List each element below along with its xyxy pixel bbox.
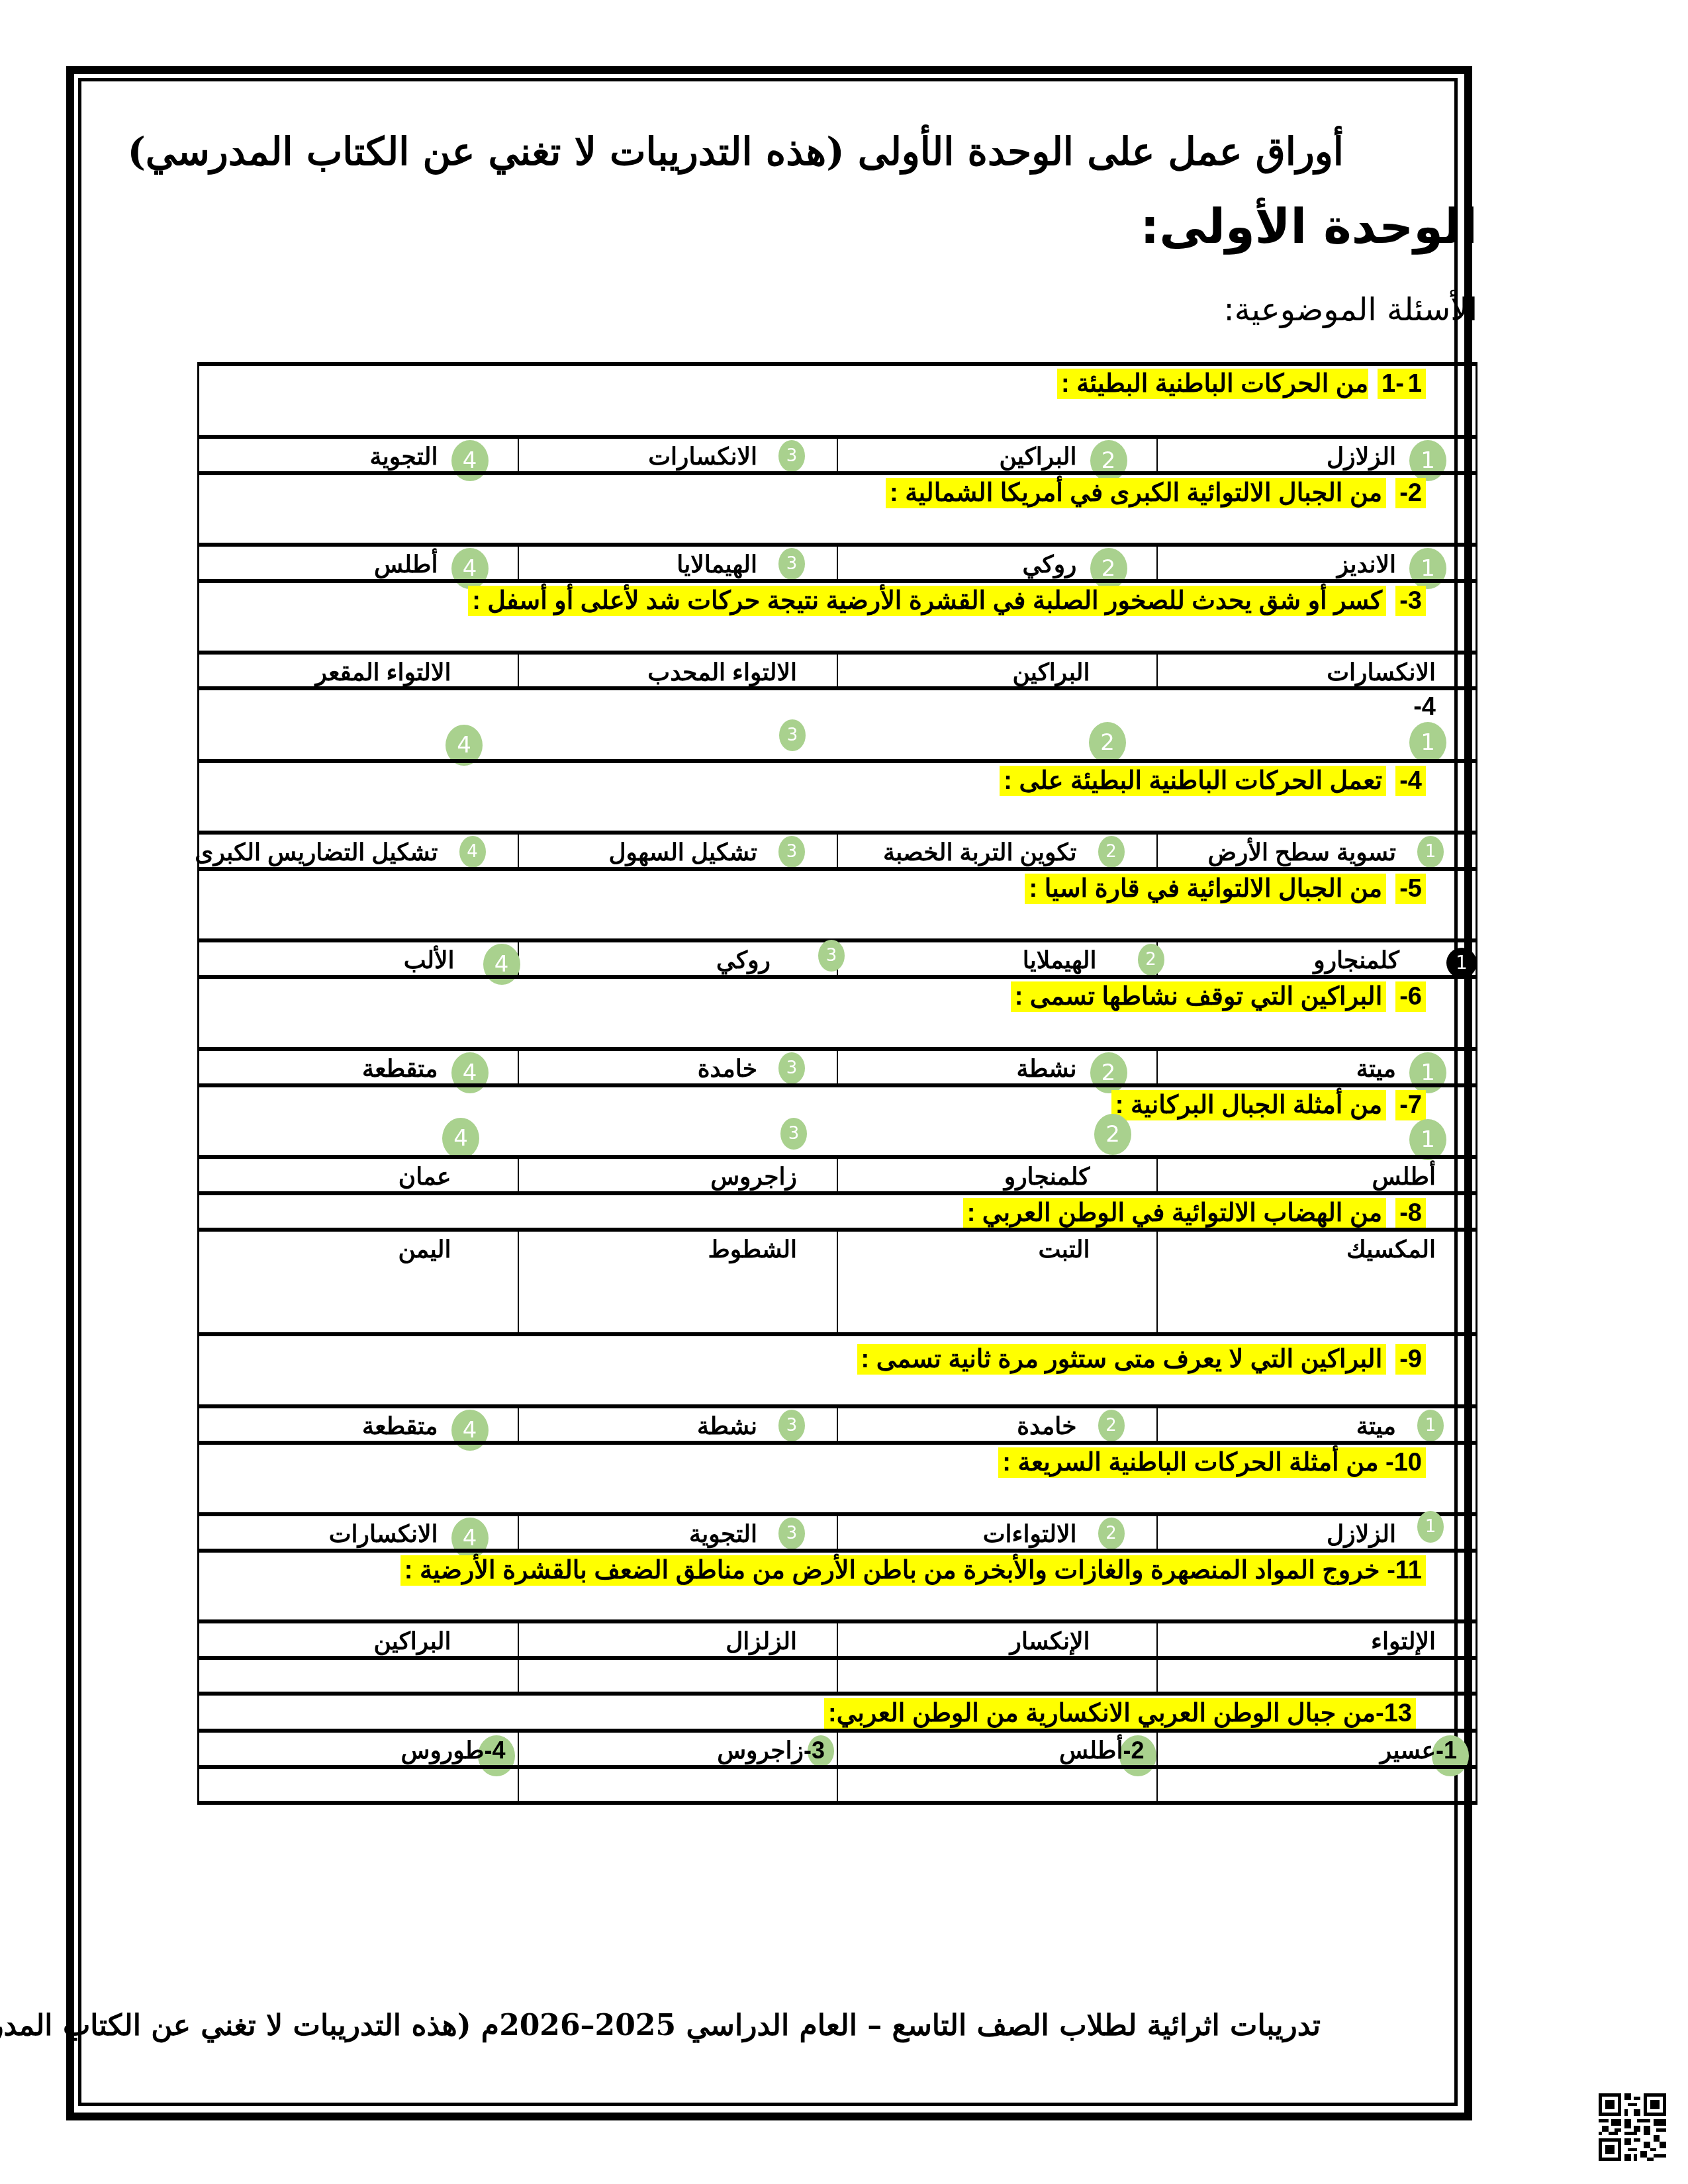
option-4[interactable]: 4-طوروس bbox=[199, 1733, 518, 1765]
option-3[interactable]: زاجروس bbox=[518, 1159, 837, 1191]
options-row-5: 1كلمنجارو 2الهيملايا 3روكي 4الألب bbox=[199, 938, 1476, 975]
question-row-9: 9-البراكين التي لا يعرف متى ستثور مرة ثا… bbox=[199, 1332, 1476, 1404]
number-badge-icon: 3 bbox=[778, 836, 805, 868]
option-3[interactable]: 3الهيمالايا bbox=[518, 547, 837, 579]
stray-number-row: 4- 1 2 3 4 bbox=[199, 686, 1476, 759]
option-1[interactable]: 1-عسير bbox=[1156, 1733, 1476, 1765]
question-text: 13-من جبال الوطن العربي الانكسارية من ال… bbox=[824, 1698, 1416, 1729]
option-2[interactable]: 2الالتواءات bbox=[837, 1516, 1156, 1549]
answer-cell[interactable] bbox=[1156, 1660, 1476, 1692]
number-badge-icon: 3 bbox=[778, 548, 805, 580]
option-1[interactable]: 1ميتة bbox=[1156, 1408, 1476, 1441]
question-text: كسر أو شق يحدث للصخور الصلبة في القشرة ا… bbox=[468, 586, 1386, 616]
options-row-11: الإلتواء الإنكسار الزلزال البراكين bbox=[199, 1619, 1476, 1656]
number-badge-icon: 4 bbox=[459, 836, 486, 868]
options-row-10: 1الزلازل 2الالتواءات 3التجوية 4الانكسارا… bbox=[199, 1512, 1476, 1549]
option-4[interactable]: الالتواء المقعر bbox=[199, 655, 518, 686]
question-row-10: 10- من أمثلة الحركات الباطنية السريعة : bbox=[199, 1441, 1476, 1512]
option-4[interactable]: 4الألب bbox=[199, 942, 518, 975]
option-3[interactable]: 3تشكيل السهول bbox=[518, 835, 837, 867]
number-badge-icon: 3 bbox=[818, 940, 845, 972]
option-4[interactable]: 4تشكيل التضاريس الكبرى bbox=[199, 835, 518, 867]
option-4[interactable]: البراكين bbox=[199, 1623, 518, 1656]
number-badge-icon: 1 bbox=[1409, 1119, 1446, 1160]
question-number: 1- bbox=[1378, 369, 1408, 399]
question-number: 7- bbox=[1395, 1090, 1426, 1120]
question-text: من الهضاب الالتوائية في الوطن العربي : bbox=[963, 1198, 1387, 1228]
question-number: 6- bbox=[1395, 981, 1426, 1012]
option-1[interactable]: الإلتواء bbox=[1156, 1623, 1476, 1656]
option-2[interactable]: كلمنجارو bbox=[837, 1159, 1156, 1191]
option-1[interactable]: 1الزلازل bbox=[1156, 1516, 1476, 1549]
answer-cell[interactable] bbox=[837, 1769, 1156, 1801]
option-2[interactable]: 2-أطلس bbox=[837, 1733, 1156, 1765]
number-badge-icon: 3 bbox=[780, 1118, 807, 1150]
answer-row-13 bbox=[199, 1765, 1476, 1805]
options-row-1: 1الزلازل 2البراكين 3الانكسارات 4التجوية bbox=[199, 435, 1476, 471]
option-2[interactable]: 2روكي bbox=[837, 547, 1156, 579]
question-number: 9- bbox=[1395, 1344, 1426, 1375]
number-badge-icon: 3 bbox=[778, 1410, 805, 1441]
number-badge-icon: 3 bbox=[778, 440, 805, 472]
question-text: 1من الحركات الباطنية البطيئة : bbox=[1057, 369, 1426, 399]
question-row-2: 2-من الجبال الالتوائية الكبرى في أمريكا … bbox=[199, 471, 1476, 543]
option-4[interactable]: 4متقطعة bbox=[199, 1408, 518, 1441]
question-number: 4- bbox=[1413, 693, 1436, 721]
option-1[interactable]: 1ميتة bbox=[1156, 1051, 1476, 1083]
number-badge-icon: 3 bbox=[778, 1052, 805, 1084]
number-badge-icon: 1 bbox=[1417, 836, 1444, 868]
footer-note: تدريبات اثرائية لطلاب الصف التاسع – العا… bbox=[0, 2009, 1321, 2042]
question-text: تعمل الحركات الباطنية البطيئة على : bbox=[1000, 766, 1386, 796]
question-text: البراكين التي توقف نشاطها تسمى : bbox=[1011, 981, 1387, 1012]
option-3[interactable]: 3نشطة bbox=[518, 1408, 837, 1441]
option-3[interactable]: الزلزال bbox=[518, 1623, 837, 1656]
number-badge-icon: 1 bbox=[1409, 722, 1446, 763]
question-row-11: 11- خروج المواد المنصهرة والغازات والأبخ… bbox=[199, 1549, 1476, 1619]
options-row-6: 1ميتة 2نشطة 3خامدة 4متقطعة bbox=[199, 1047, 1476, 1083]
question-text: من الجبال الالتوائية الكبرى في أمريكا ال… bbox=[886, 478, 1386, 508]
question-row-7: 7-من أمثلة الجبال البركانية : 1 2 3 4 bbox=[199, 1083, 1476, 1155]
options-row-4: 1تسوية سطح الأرض 2تكوين التربة الخصبة 3ت… bbox=[199, 831, 1476, 867]
options-row-9: 1ميتة 2خامدة 3نشطة 4متقطعة bbox=[199, 1404, 1476, 1441]
question-text: البراكين التي لا يعرف متى ستثور مرة ثاني… bbox=[857, 1344, 1387, 1375]
question-number: 8- bbox=[1395, 1198, 1426, 1228]
number-badge-icon: 1 bbox=[1417, 1511, 1444, 1543]
option-4[interactable]: عمان bbox=[199, 1159, 518, 1191]
question-row-1: 1-1من الحركات الباطنية البطيئة : bbox=[199, 362, 1476, 435]
option-1-selected[interactable]: 1كلمنجارو bbox=[1156, 942, 1476, 975]
questions-table: 1-1من الحركات الباطنية البطيئة : 1الزلاز… bbox=[197, 362, 1477, 1805]
number-badge-icon: 2 bbox=[1138, 944, 1164, 976]
question-row-3: 3-كسر أو شق يحدث للصخور الصلبة في القشرة… bbox=[199, 579, 1476, 651]
option-4[interactable]: 4الانكسارات bbox=[199, 1516, 518, 1549]
question-text: من أمثلة الجبال البركانية : bbox=[1111, 1090, 1386, 1120]
option-2[interactable]: الإنكسار bbox=[837, 1623, 1156, 1656]
number-badge-icon: 2 bbox=[1098, 1518, 1125, 1549]
question-row-13: 13-من جبال الوطن العربي الانكسارية من ال… bbox=[199, 1692, 1476, 1729]
number-badge-icon: 2 bbox=[1098, 1410, 1125, 1441]
question-number: 11- bbox=[1387, 1557, 1422, 1584]
option-1[interactable]: 1تسوية سطح الأرض bbox=[1156, 835, 1476, 867]
number-badge-icon: 1 bbox=[1417, 1410, 1444, 1441]
option-4[interactable]: 4أطلس bbox=[199, 547, 518, 579]
qr-code-icon bbox=[1599, 2093, 1666, 2161]
option-2[interactable]: التبت bbox=[837, 1232, 1156, 1332]
option-1[interactable]: الانكسارات bbox=[1156, 655, 1476, 686]
answer-cell[interactable] bbox=[1156, 1769, 1476, 1801]
answer-cell[interactable] bbox=[199, 1769, 518, 1801]
option-2[interactable]: البراكين bbox=[837, 655, 1156, 686]
unit-heading: الوحدة الأولى: bbox=[1140, 199, 1477, 254]
option-2[interactable]: 2الهيملايا bbox=[837, 942, 1156, 975]
option-2[interactable]: 2خامدة bbox=[837, 1408, 1156, 1441]
options-row-13: 1-عسير 2-أطلس 3-زاجروس 4-طوروس bbox=[199, 1729, 1476, 1765]
option-1[interactable]: 1الزلازل bbox=[1156, 439, 1476, 471]
option-1[interactable]: المكسيك bbox=[1156, 1232, 1476, 1332]
worksheet-title: أوراق عمل على الوحدة الأولى (هذه التدريب… bbox=[127, 129, 1344, 174]
option-3[interactable]: 3روكي bbox=[518, 942, 837, 975]
option-1[interactable]: 1الانديز bbox=[1156, 547, 1476, 579]
question-row-8: 8-من الهضاب الالتوائية في الوطن العربي : bbox=[199, 1191, 1476, 1228]
question-number: 13- bbox=[1376, 1700, 1412, 1727]
number-badge-icon: 4 bbox=[442, 1118, 479, 1159]
options-row-7: أطلس كلمنجارو زاجروس عمان bbox=[199, 1155, 1476, 1191]
question-text: 11- خروج المواد المنصهرة والغازات والأبخ… bbox=[400, 1555, 1426, 1586]
answer-cell[interactable] bbox=[518, 1660, 837, 1692]
option-4[interactable]: 4متقطعة bbox=[199, 1051, 518, 1083]
question-text: 10- من أمثلة الحركات الباطنية السريعة : bbox=[998, 1447, 1426, 1478]
option-2[interactable]: 2نشطة bbox=[837, 1051, 1156, 1083]
option-4[interactable]: 4التجوية bbox=[199, 439, 518, 471]
option-3[interactable]: الشطوط bbox=[518, 1232, 837, 1332]
number-badge-icon: 2 bbox=[1089, 722, 1126, 763]
option-4[interactable]: اليمن bbox=[199, 1232, 518, 1332]
question-number: 3- bbox=[1395, 586, 1426, 616]
number-badge-icon: 2 bbox=[1094, 1114, 1131, 1155]
number-badge-icon: 3 bbox=[779, 719, 806, 751]
question-text: من الجبال الالتوائية في قارة اسيا : bbox=[1025, 874, 1386, 904]
section-heading: الأسئلة الموضوعية: bbox=[1224, 291, 1477, 328]
option-3[interactable]: 3-زاجروس bbox=[518, 1733, 837, 1765]
option-3[interactable]: 3الانكسارات bbox=[518, 439, 837, 471]
options-row-8: المكسيك التبت الشطوط اليمن bbox=[199, 1228, 1476, 1332]
question-row-4: 4-تعمل الحركات الباطنية البطيئة على : bbox=[199, 759, 1476, 831]
option-1[interactable]: أطلس bbox=[1156, 1159, 1476, 1191]
option-3[interactable]: 3خامدة bbox=[518, 1051, 837, 1083]
question-number: 2- bbox=[1395, 478, 1426, 508]
question-number: 5- bbox=[1395, 874, 1426, 904]
selected-number-badge-icon: 1 bbox=[1446, 948, 1477, 978]
question-row-6: 6-البراكين التي توقف نشاطها تسمى : bbox=[199, 975, 1476, 1047]
answer-row-11 bbox=[199, 1656, 1476, 1692]
question-number: 10- bbox=[1385, 1449, 1422, 1477]
answer-cell[interactable] bbox=[837, 1660, 1156, 1692]
option-3[interactable]: 3التجوية bbox=[518, 1516, 837, 1549]
option-3[interactable]: الالتواء المحدب bbox=[518, 655, 837, 686]
question-number: 4- bbox=[1395, 766, 1426, 796]
number-badge-icon: 2 bbox=[1098, 836, 1125, 868]
options-row-2: 1الانديز 2روكي 3الهيمالايا 4أطلس bbox=[199, 543, 1476, 579]
answer-cell[interactable] bbox=[518, 1769, 837, 1801]
question-row-5: 5-من الجبال الالتوائية في قارة اسيا : bbox=[199, 867, 1476, 938]
number-badge-icon: 3 bbox=[778, 1518, 805, 1549]
option-2[interactable]: 2تكوين التربة الخصبة bbox=[837, 835, 1156, 867]
answer-cell[interactable] bbox=[199, 1660, 518, 1692]
options-row-3: الانكسارات البراكين الالتواء المحدب الال… bbox=[199, 651, 1476, 686]
option-2[interactable]: 2البراكين bbox=[837, 439, 1156, 471]
